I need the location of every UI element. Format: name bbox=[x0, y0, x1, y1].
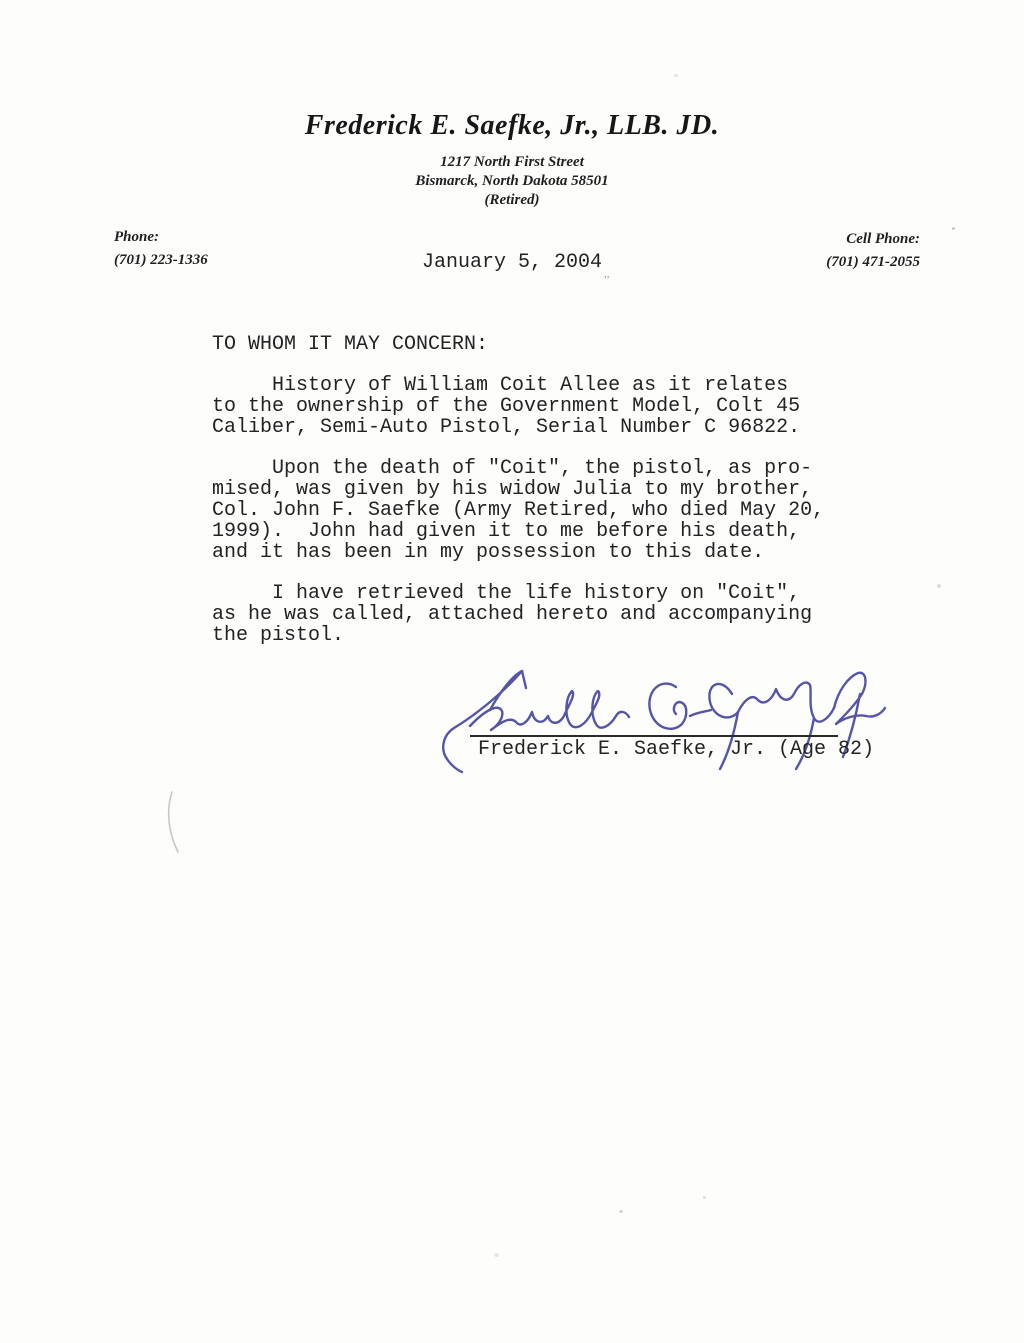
salutation: TO WHOM IT MAY CONCERN: bbox=[212, 334, 892, 355]
signature-underline bbox=[470, 735, 838, 737]
letter-page: Frederick E. Saefke, Jr., LLB. JD. 1217 … bbox=[0, 0, 1024, 1343]
address-street: 1217 North First Street bbox=[0, 153, 1024, 172]
paragraph-history: History of William Coit Allee as it rela… bbox=[212, 375, 892, 438]
scan-speck bbox=[703, 1196, 706, 1199]
scan-speck bbox=[952, 227, 955, 230]
address-city: Bismarck, North Dakota 58501 bbox=[0, 172, 1024, 191]
cell-phone-block: Cell Phone: (701) 471-2055 bbox=[826, 228, 920, 274]
letterhead-name: Frederick E. Saefke, Jr., LLB. JD. bbox=[0, 110, 1024, 142]
phone-number: (701) 223-1336 bbox=[114, 249, 208, 272]
cell-phone-label: Cell Phone: bbox=[826, 228, 920, 251]
scan-artifact-after-date: ,, bbox=[604, 268, 610, 280]
letter-date: January 5, 2004 bbox=[422, 251, 602, 274]
paragraph-pistol-transfer: Upon the death of "Coit", the pistol, as… bbox=[212, 458, 892, 563]
typed-signature-name: Frederick E. Saefke, Jr. (Age 82) bbox=[478, 738, 874, 761]
paragraph-life-history: I have retrieved the life history on "Co… bbox=[212, 583, 892, 646]
address-retired: (Retired) bbox=[0, 191, 1024, 210]
stray-pencil-mark bbox=[162, 790, 186, 856]
scan-speck bbox=[674, 74, 678, 77]
handwritten-signature-ink bbox=[440, 664, 890, 779]
phone-block: Phone: (701) 223-1336 bbox=[114, 226, 208, 272]
cell-phone-number: (701) 471-2055 bbox=[826, 251, 920, 274]
scan-speck bbox=[494, 1253, 499, 1257]
phone-label: Phone: bbox=[114, 226, 208, 249]
letterhead-address: 1217 North First Street Bismarck, North … bbox=[0, 153, 1024, 210]
scan-speck bbox=[937, 584, 941, 588]
scan-speck bbox=[619, 1210, 623, 1213]
letter-body: TO WHOM IT MAY CONCERN: History of Willi… bbox=[212, 334, 892, 666]
